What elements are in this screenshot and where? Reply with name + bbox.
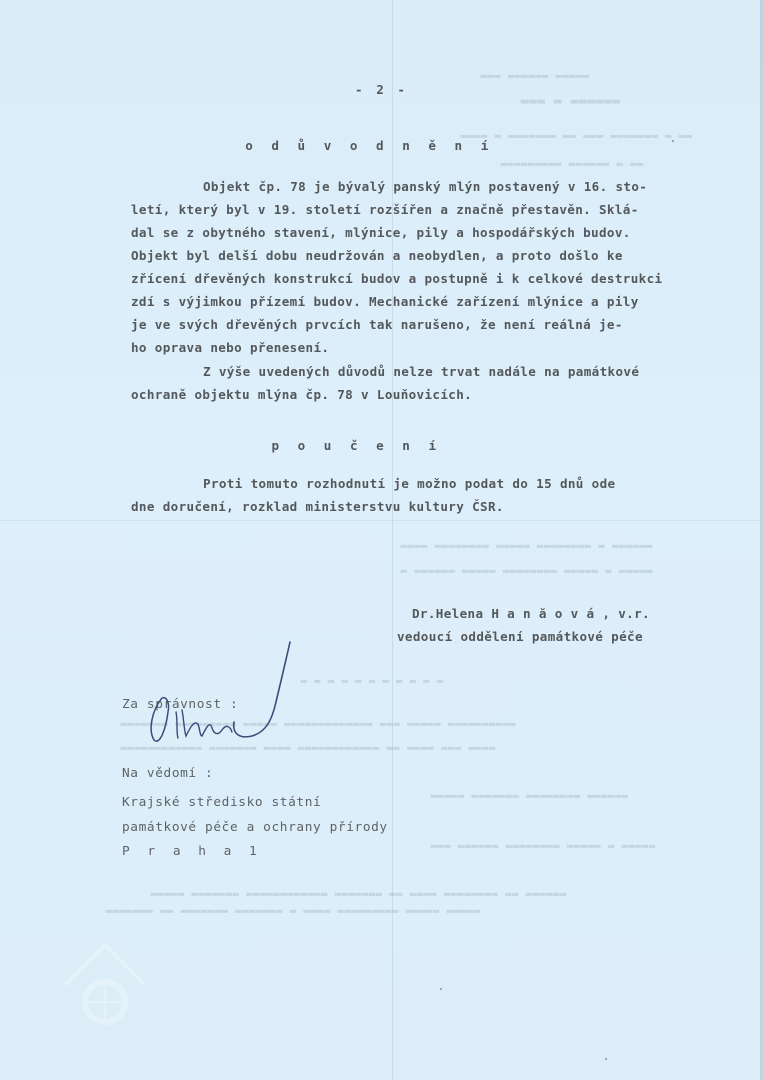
scan-speck [605, 1058, 607, 1060]
bleed-through-texture: ▬▬ ▬ ▬▬▬▬▬▬ ▬▬▬▬▬▬▬▬▬ [500, 158, 643, 170]
paper-fold-vertical [392, 0, 393, 1080]
copy-to-label: Na vědomí : [122, 766, 213, 781]
copy-to-recipient-line: památkové péče a ochrany přírody [122, 820, 388, 835]
reasoning-line: zřícení dřevěných konstrukcí budov a pos… [131, 271, 662, 286]
section-title-instruction: p o u č e n í [0, 438, 738, 453]
bleed-through-texture: ▬▬▬▬▬▬ ▬ ▬▬▬▬▬▬▬▬ ▬▬▬▬▬ ▬▬▬▬▬▬▬▬ ▬▬▬▬ [400, 540, 652, 552]
bleed-through-texture: ▬▬▬▬▬ ▬▬▬▬▬▬ ▬▬▬ [480, 70, 589, 82]
bleed-through-texture: ▬▬▬▬▬▬ ▬▬▬▬▬▬▬▬ ▬▬▬▬▬▬▬ ▬▬▬▬▬ [430, 790, 628, 802]
signatory-title: vedoucí oddělení památkové péče [397, 629, 643, 644]
reasoning-line: letí, který byl v 19. století rozšířen a… [131, 202, 639, 217]
paper-fold-horizontal [0, 520, 763, 521]
bleed-through-texture: ▬ ▬ ▬ ▬ ▬ ▬ ▬ ▬ ▬ ▬ ▬ [300, 675, 443, 687]
page-number: - 2 - [0, 82, 763, 97]
instruction-line: dne doručení, rozklad ministerstvu kultu… [131, 499, 504, 514]
signatory-name: Dr.Helena H a n ă o v á , v.r. [412, 606, 650, 621]
bleed-through-texture: ▬▬▬▬▬ ▬ ▬▬▬▬▬ ▬▬▬▬▬▬▬▬ ▬▬▬▬▬ ▬▬▬▬▬▬ ▬ [400, 565, 652, 577]
reasoning-line: ho oprava nebo přenesení. [131, 340, 329, 355]
copy-to-recipient-city: P r a h a 1 [122, 844, 262, 859]
bleed-through-texture: ▬▬▬▬▬ ▬▬▬▬▬ ▬▬▬▬▬▬▬▬▬ ▬▬▬▬ ▬ ▬▬▬▬▬▬▬ ▬▬▬… [105, 905, 480, 917]
reasoning-line: Objekt byl delší dobu neudržován a neoby… [131, 248, 623, 263]
scan-speck [440, 988, 442, 990]
instruction-line: Proti tomuto rozhodnutí je možno podat d… [203, 476, 615, 491]
watermark-logo-icon [60, 940, 150, 1050]
scanned-letter-page: ▬▬▬▬▬ ▬▬▬▬▬▬ ▬▬▬ ▬▬▬▬▬▬ ▬ ▬▬▬ ▬▬ ▬ ▬▬▬▬▬… [0, 0, 763, 1080]
reasoning-line: dal se z obytného stavení, mlýnice, pily… [131, 225, 631, 240]
reasoning-line: Objekt čp. 78 je bývalý panský mlýn post… [203, 179, 647, 194]
bleed-through-texture: ▬▬▬▬▬ ▬ ▬▬▬▬▬ ▬▬▬▬▬▬▬▬ ▬▬▬▬▬▬ ▬▬▬ [430, 840, 655, 852]
section-title-reasoning: o d ů v o d n ě n í [0, 138, 751, 153]
scan-speck [672, 140, 674, 142]
reasoning-line: je ve svých dřevěných prvcích tak naruše… [131, 317, 623, 332]
handwritten-signature [140, 640, 300, 750]
bleed-through-texture: ▬▬▬▬▬▬ ▬▬ ▬▬▬▬▬▬▬▬ ▬▬▬▬ ▬▬ ▬▬▬▬▬▬▬ ▬▬▬▬▬… [150, 888, 566, 900]
conclusion-line: Z výše uvedených důvodů nelze trvat nadá… [203, 364, 639, 379]
reasoning-line: zdí s výjimkou přízemí budov. Mechanické… [131, 294, 639, 309]
copy-to-recipient-line: Krajské středisko státní [122, 795, 321, 810]
conclusion-line: ochraně objektu mlýna čp. 78 v Louňovicí… [131, 387, 472, 402]
